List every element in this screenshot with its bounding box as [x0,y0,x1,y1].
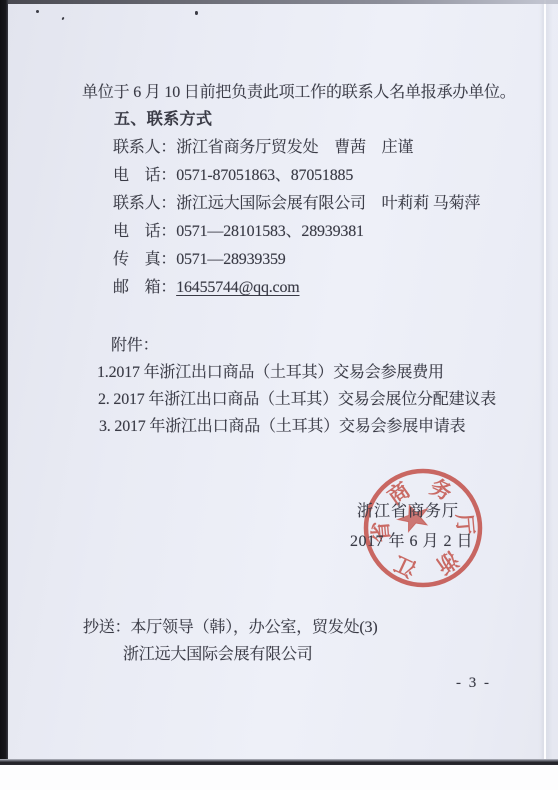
paper-sheet: 单位于 6 月 10 日前把负责此项工作的联系人名单报承办单位。 五、联系方式 … [0,0,558,762]
paper-bottom-edge [0,759,558,765]
scan-left-edge [0,0,8,762]
issue-date: 2017 年 6 月 2 日 [350,528,473,551]
scan-speckle [195,11,198,15]
contact-line-email: 邮 箱：16455744@qq.com [113,274,300,297]
contact-line-person1: 联系人：浙江省商务厅贸发处 曹茜 庄谨 [113,134,413,157]
attachments-title: 附件： [111,332,158,355]
scanned-document: 单位于 6 月 10 日前把负责此项工作的联系人名单报承办单位。 五、联系方式 … [0,0,558,790]
scan-top-edge [0,0,558,4]
attachment-item-2: 2. 2017 年浙江出口商品（土耳其）交易会展位分配建议表 [98,386,496,409]
attachment-item-3: 3. 2017 年浙江出口商品（土耳其）交易会参展申请表 [99,413,465,436]
issuer-name: 浙江省商务厅 [357,498,459,521]
page-number: - 3 - [456,675,491,692]
contact-line-phone1: 电 话：0571-87051863、87051885 [113,162,353,185]
paper-crease [544,0,546,762]
contact-line-person2: 联系人：浙江远大国际会展有限公司 叶莉莉 马菊萍 [113,190,480,213]
section-heading: 五、联系方式 [114,106,212,129]
attachment-item-1: 1.2017 年浙江出口商品（土耳其）交易会参展费用 [97,359,444,382]
email-label: 邮 箱： [113,279,176,296]
scan-speckle [36,10,39,13]
cc-line-1: 抄送：本厅领导（韩），办公室，贸发处(3) [83,614,377,637]
email-address: 16455744@qq.com [176,279,299,296]
cc-line-2: 浙江远大国际会展有限公司 [123,641,313,664]
contact-line-phone2: 电 话：0571—28101583、28939381 [113,218,364,241]
intro-line: 单位于 6 月 10 日前把负责此项工作的联系人名单报承办单位。 [82,79,516,102]
scan-speckle [61,17,64,21]
contact-line-fax: 传 真：0571—28939359 [113,246,286,269]
